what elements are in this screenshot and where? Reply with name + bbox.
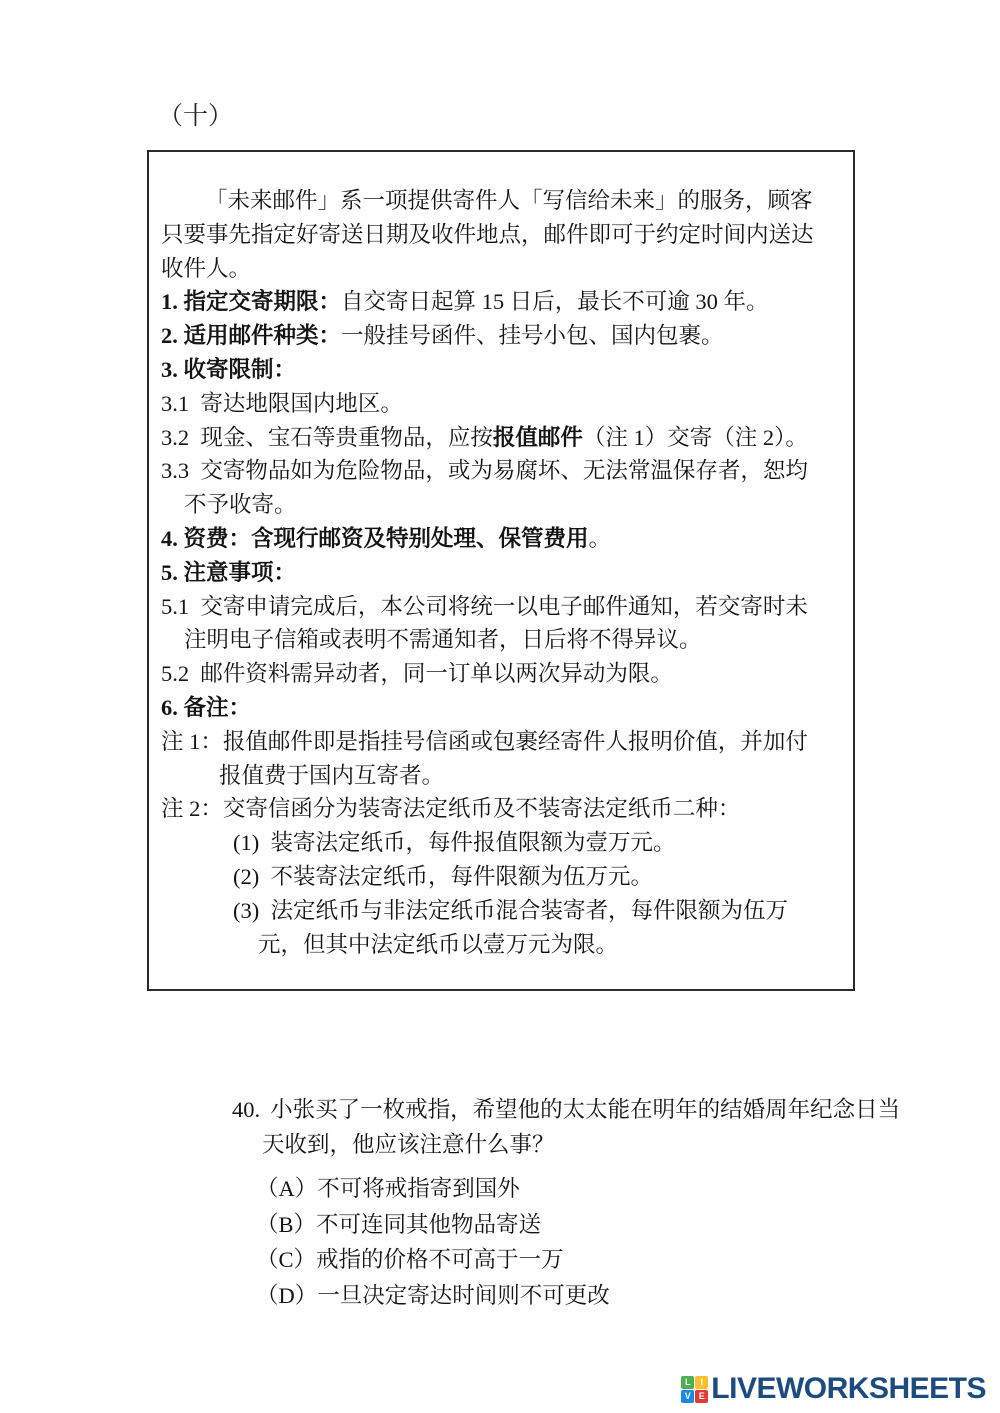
passage-line: 3.3 交寄物品如为危险物品，或为易腐坏、无法常温保存者，恕均 bbox=[161, 454, 839, 488]
passage-line: 注 2：交寄信函分为装寄法定纸币及不装寄法定纸币二种： bbox=[161, 792, 839, 826]
passage-line: 3.1 寄达地限国内地区。 bbox=[161, 387, 839, 421]
passage-line: 注明电子信箱或表明不需通知者，日后将不得异议。 bbox=[161, 623, 839, 657]
question-block: 40. 小张买了一枚戒指，希望他的太太能在明年的结婚周年纪念日当 天收到，他应该… bbox=[232, 1092, 972, 1313]
passage-line: 不予收寄。 bbox=[161, 488, 839, 522]
footer: LIVE LIVEWORKSHEETS bbox=[0, 1368, 1000, 1413]
passage-line: 报值费于国内互寄者。 bbox=[161, 759, 839, 793]
answer-option-a[interactable]: （A）不可将戒指寄到国外 bbox=[232, 1171, 972, 1207]
passage-line: 4. 资费：含现行邮资及特别处理、保管费用。 bbox=[161, 522, 839, 556]
passage-line: 只要事先指定好寄送日期及收件地点，邮件即可于约定时间内送达 bbox=[161, 218, 839, 252]
passage-line: 5. 注意事项： bbox=[161, 556, 839, 590]
passage-line: 2. 适用邮件种类：一般挂号函件、挂号小包、国内包裹。 bbox=[161, 319, 839, 353]
section-label: （十） bbox=[158, 96, 233, 132]
question-first-line: 40. 小张买了一枚戒指，希望他的太太能在明年的结婚周年纪念日当 bbox=[232, 1092, 972, 1127]
passage-line: 6. 备注： bbox=[161, 691, 839, 725]
passage-line: 3.2 现金、宝石等贵重物品，应按报值邮件（注 1）交寄（注 2）。 bbox=[161, 421, 839, 455]
passage-line: 5.2 邮件资料需异动者，同一订单以两次异动为限。 bbox=[161, 657, 839, 691]
passage-text: 「未来邮件」系一项提供寄件人「写信给未来」的服务，顾客只要事先指定好寄送日期及收… bbox=[161, 184, 839, 961]
passage-box: 「未来邮件」系一项提供寄件人「写信给未来」的服务，顾客只要事先指定好寄送日期及收… bbox=[147, 150, 855, 991]
passage-line: 「未来邮件」系一项提供寄件人「写信给未来」的服务，顾客 bbox=[161, 184, 839, 218]
answer-options: （A）不可将戒指寄到国外（B）不可连同其他物品寄送（C）戒指的价格不可高于一万（… bbox=[232, 1171, 972, 1313]
passage-line: 元，但其中法定纸币以壹万元为限。 bbox=[161, 928, 839, 962]
liveworksheets-wordmark: LIVEWORKSHEETS bbox=[711, 1372, 986, 1406]
logo-letter-i: I bbox=[695, 1376, 708, 1389]
logo-letter-e: E bbox=[695, 1390, 708, 1403]
answer-option-c[interactable]: （C）戒指的价格不可高于一万 bbox=[232, 1242, 972, 1278]
logo-letter-v: V bbox=[681, 1390, 694, 1403]
passage-line: (1) 装寄法定纸币，每件报值限额为壹万元。 bbox=[161, 826, 839, 860]
passage-line: 注 1：报值邮件即是指挂号信函或包裹经寄件人报明价值，并加付 bbox=[161, 725, 839, 759]
question-number: 40. bbox=[232, 1092, 260, 1127]
passage-line: 收件人。 bbox=[161, 252, 839, 286]
liveworksheets-grid-icon: LIVE bbox=[681, 1376, 708, 1403]
answer-option-d[interactable]: （D）一旦决定寄达时间则不可更改 bbox=[232, 1278, 972, 1314]
question-text-line2: 天收到，他应该注意什么事？ bbox=[232, 1127, 972, 1162]
passage-line: (2) 不装寄法定纸币，每件限额为伍万元。 bbox=[161, 860, 839, 894]
passage-line: 3. 收寄限制： bbox=[161, 353, 839, 387]
passage-line: 1. 指定交寄期限：自交寄日起算 15 日后，最长不可逾 30 年。 bbox=[161, 285, 839, 319]
logo-letter-l: L bbox=[681, 1376, 694, 1389]
passage-line: (3) 法定纸币与非法定纸币混合装寄者，每件限额为伍万 bbox=[161, 894, 839, 928]
passage-line: 5.1 交寄申请完成后，本公司将统一以电子邮件通知，若交寄时未 bbox=[161, 590, 839, 624]
worksheet-page: （十） 「未来邮件」系一项提供寄件人「写信给未来」的服务，顾客只要事先指定好寄送… bbox=[0, 0, 1000, 1413]
liveworksheets-logo[interactable]: LIVE LIVEWORKSHEETS bbox=[681, 1372, 986, 1406]
question-text-line1: 小张买了一枚戒指，希望他的太太能在明年的结婚周年纪念日当 bbox=[270, 1092, 972, 1127]
answer-option-b[interactable]: （B）不可连同其他物品寄送 bbox=[232, 1207, 972, 1243]
